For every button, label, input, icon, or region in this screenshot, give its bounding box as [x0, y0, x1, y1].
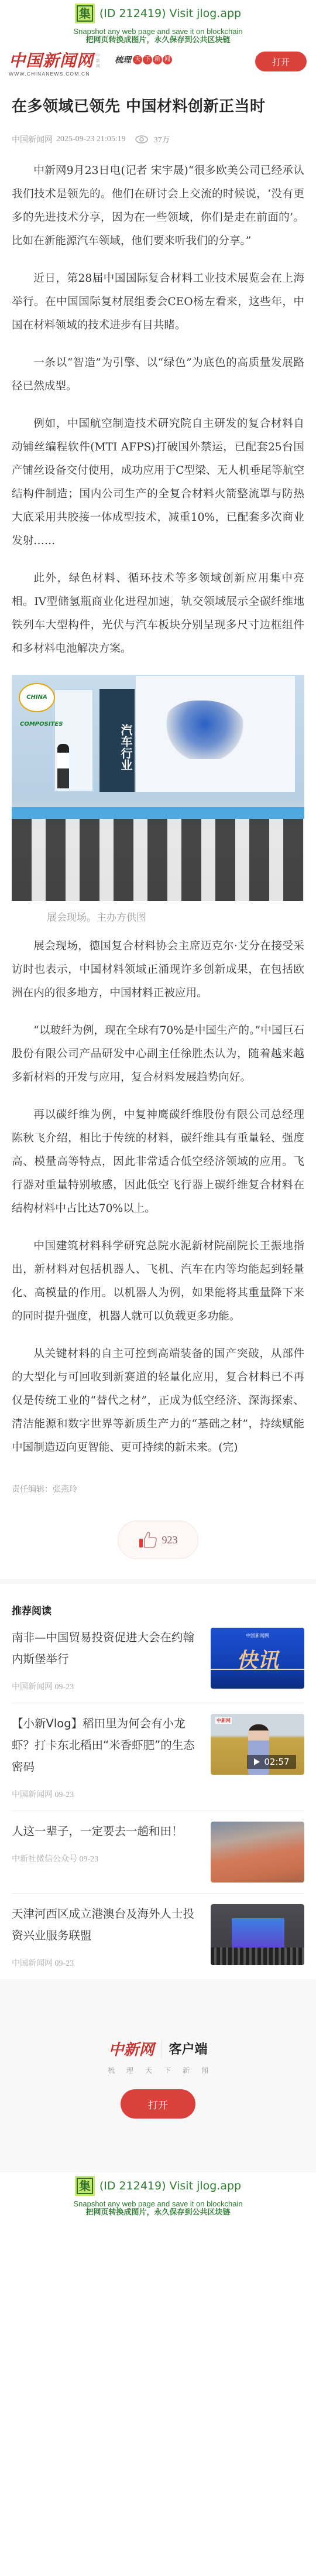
open-app-button-footer[interactable]: 打开 [121, 2089, 195, 2119]
recommended-meta: 中国新闻网 09-23 [12, 1788, 197, 1800]
site-logo[interactable]: 中国新闻网 中新网 WWW.CHINANEWS.COM.CN [9, 52, 102, 77]
jlog-title[interactable]: (ID 212419) Visit jlog.app [99, 2179, 241, 2192]
jlog-badge-icon: 集 [75, 2176, 95, 2196]
jlog-tagline-cn: 把网页转换成图片，永久保存到公共区块链 [0, 2208, 316, 2218]
paragraph: 近日，第28届中国国际复合材料工业技术展览会在上海举行。在中国国际复材展组委会C… [12, 267, 304, 337]
paragraph: 再以碳纤维为例，中复神鹰碳纤维股份有限公司总经理陈秋飞介绍，相比于传统的材料，碳… [12, 1103, 304, 1221]
jlog-tagline-en: Snapshot any web page and save it on blo… [0, 27, 316, 36]
china-composites-logo: CHINA COMPOSITES [19, 683, 55, 712]
recommended-thumbnail[interactable] [211, 1904, 304, 1965]
recommended-meta: 中国新闻网 09-23 [12, 1680, 197, 1692]
photo-speaker [57, 744, 69, 788]
app-download-footer: 中新网 客户端 梳 理 天 下 新 闻 打开 [0, 1979, 316, 2172]
play-icon [253, 1758, 260, 1766]
recommended-video-thumbnail[interactable]: 中新网 02:57 [211, 1714, 304, 1775]
responsible-editor: 责任编辑：张燕玲 [12, 1483, 304, 1495]
recommended-section: 推荐阅读 南非—中国贸易投资促进大会在约翰内斯堡举行 中国新闻网 09-23 中… [0, 1603, 316, 1979]
header-slogan: 梳理 天 下 新 闻 [115, 54, 173, 66]
app-slogan: 梳 理 天 下 新 闻 [108, 2065, 208, 2075]
paragraph: 此外，绿色材料、循环技术等多领域创新应用集中亮相。IV型储氢瓶商业化进程加速，轨… [12, 567, 304, 661]
recommended-headline[interactable]: 【小新Vlog】稻田里为何会有小龙虾？打卡东北稻田“米香虾肥”的生态密码 [12, 1713, 197, 1778]
expo-photo[interactable]: 汽车行业 CHINA COMPOSITES [12, 675, 304, 901]
paragraph: 一条以“智造”为引擎、以“绿色”为底色的高质量发展路径已然成型。 [12, 351, 304, 398]
article-views: 37万 [154, 134, 170, 145]
article-title: 在多领域已领先 中国材料创新正当时 [12, 91, 304, 122]
jlog-tagline-cn: 把网页转换成图片，永久保存到公共区块链 [0, 36, 316, 45]
video-duration-badge: 02:57 [247, 1755, 296, 1769]
like-button[interactable]: 923 [118, 1521, 198, 1559]
section-divider [0, 1579, 316, 1584]
jlog-banner-top: 集 (ID 212419) Visit jlog.app Snapshot an… [0, 0, 316, 46]
jlog-badge-icon: 集 [75, 4, 95, 23]
logo-text: 中国新闻网 [9, 52, 94, 70]
photo-screen-text: 汽车行业 [99, 689, 135, 792]
paragraph: 中新网9月23日电(记者 宋宇晟)“很多欧美公司已经承认我们技术是领先的。他们在… [12, 159, 304, 253]
site-header: 中国新闻网 中新网 WWW.CHINANEWS.COM.CN 梳理 天 下 新 … [0, 46, 316, 82]
recommended-headline[interactable]: 南非—中国贸易投资促进大会在约翰内斯堡举行 [12, 1627, 197, 1670]
recommended-meta: 中新社微信公众号 09-23 [12, 1853, 197, 1864]
logo-side-text: 中新网 [96, 53, 102, 69]
jlog-title[interactable]: (ID 212419) Visit jlog.app [99, 7, 241, 20]
article-figure: 汽车行业 CHINA COMPOSITES 展会现场。主办方供图 [12, 675, 304, 927]
eye-icon [135, 135, 148, 144]
app-logo: 中新网 客户端 [108, 2038, 207, 2059]
article-body: 中新网9月23日电(记者 宋宇晟)“很多欧美公司已经承认我们技术是领先的。他们在… [12, 159, 304, 1460]
recommended-headline[interactable]: 天津河西区成立港澳台及海外人士投资兴业服务联盟 [12, 1903, 197, 1946]
paragraph: “以玻纤为例，现在全球有70%是中国生产的。”中国巨石股份有限公司产品研发中心副… [12, 1019, 304, 1089]
article: 在多领域已领先 中国材料创新正当时 中国新闻网 2025-09-23 21:05… [0, 91, 316, 1559]
article-datetime: 2025-09-23 21:05:19 [56, 135, 126, 144]
recommended-headline[interactable]: 人这一辈子，一定要去一趟和田！ [12, 1820, 197, 1842]
open-app-button[interactable]: 打开 [255, 52, 307, 71]
thumbs-up-icon [139, 1531, 157, 1549]
figure-caption: 展会现场。主办方供图 [47, 909, 304, 927]
recommended-thumbnail[interactable] [211, 1822, 304, 1883]
recommended-item[interactable]: 【小新Vlog】稻田里为何会有小龙虾？打卡东北稻田“米香虾肥”的生态密码 中国新… [12, 1703, 304, 1811]
recommended-title: 推荐阅读 [12, 1603, 304, 1617]
photo-audience [12, 807, 304, 901]
article-meta: 中国新闻网 2025-09-23 21:05:19 37万 [12, 134, 304, 145]
photo-car-diagram [164, 701, 246, 759]
jlog-tagline-en: Snapshot any web page and save it on blo… [0, 2199, 316, 2208]
paragraph: 展会现场，德国复合材料协会主席迈克尔·艾分在接受采访时也表示，中国材料领域正涌现… [12, 935, 304, 1005]
paragraph: 中国建筑材料科学研究总院水泥新材院副院长王振地指出，新材料对包括机器人、飞机、汽… [12, 1235, 304, 1328]
logo-url: WWW.CHINANEWS.COM.CN [9, 71, 102, 77]
recommended-item[interactable]: 天津河西区成立港澳台及海外人士投资兴业服务联盟 中国新闻网 09-23 [12, 1894, 304, 1979]
recommended-item[interactable]: 人这一辈子，一定要去一趟和田！ 中新社微信公众号 09-23 [12, 1811, 304, 1894]
jlog-banner-bottom: 集 (ID 212419) Visit jlog.app Snapshot an… [0, 2172, 316, 2218]
paragraph: 从关键材料的自主可控到高端装备的国产突破，从部件的大型化与可回收到新赛道的轻量化… [12, 1342, 304, 1460]
like-count: 923 [162, 1534, 178, 1546]
paragraph: 例如，中国航空制造技术研究院自主研发的复合材料自动铺丝编程软件(MTI AFPS… [12, 412, 304, 553]
recommended-meta: 中国新闻网 09-23 [12, 1957, 197, 1969]
recommended-item[interactable]: 南非—中国贸易投资促进大会在约翰内斯堡举行 中国新闻网 09-23 中国新闻网 … [12, 1617, 304, 1703]
article-source: 中国新闻网 [12, 134, 53, 145]
recommended-thumbnail[interactable]: 中国新闻网 快讯 [211, 1628, 304, 1689]
